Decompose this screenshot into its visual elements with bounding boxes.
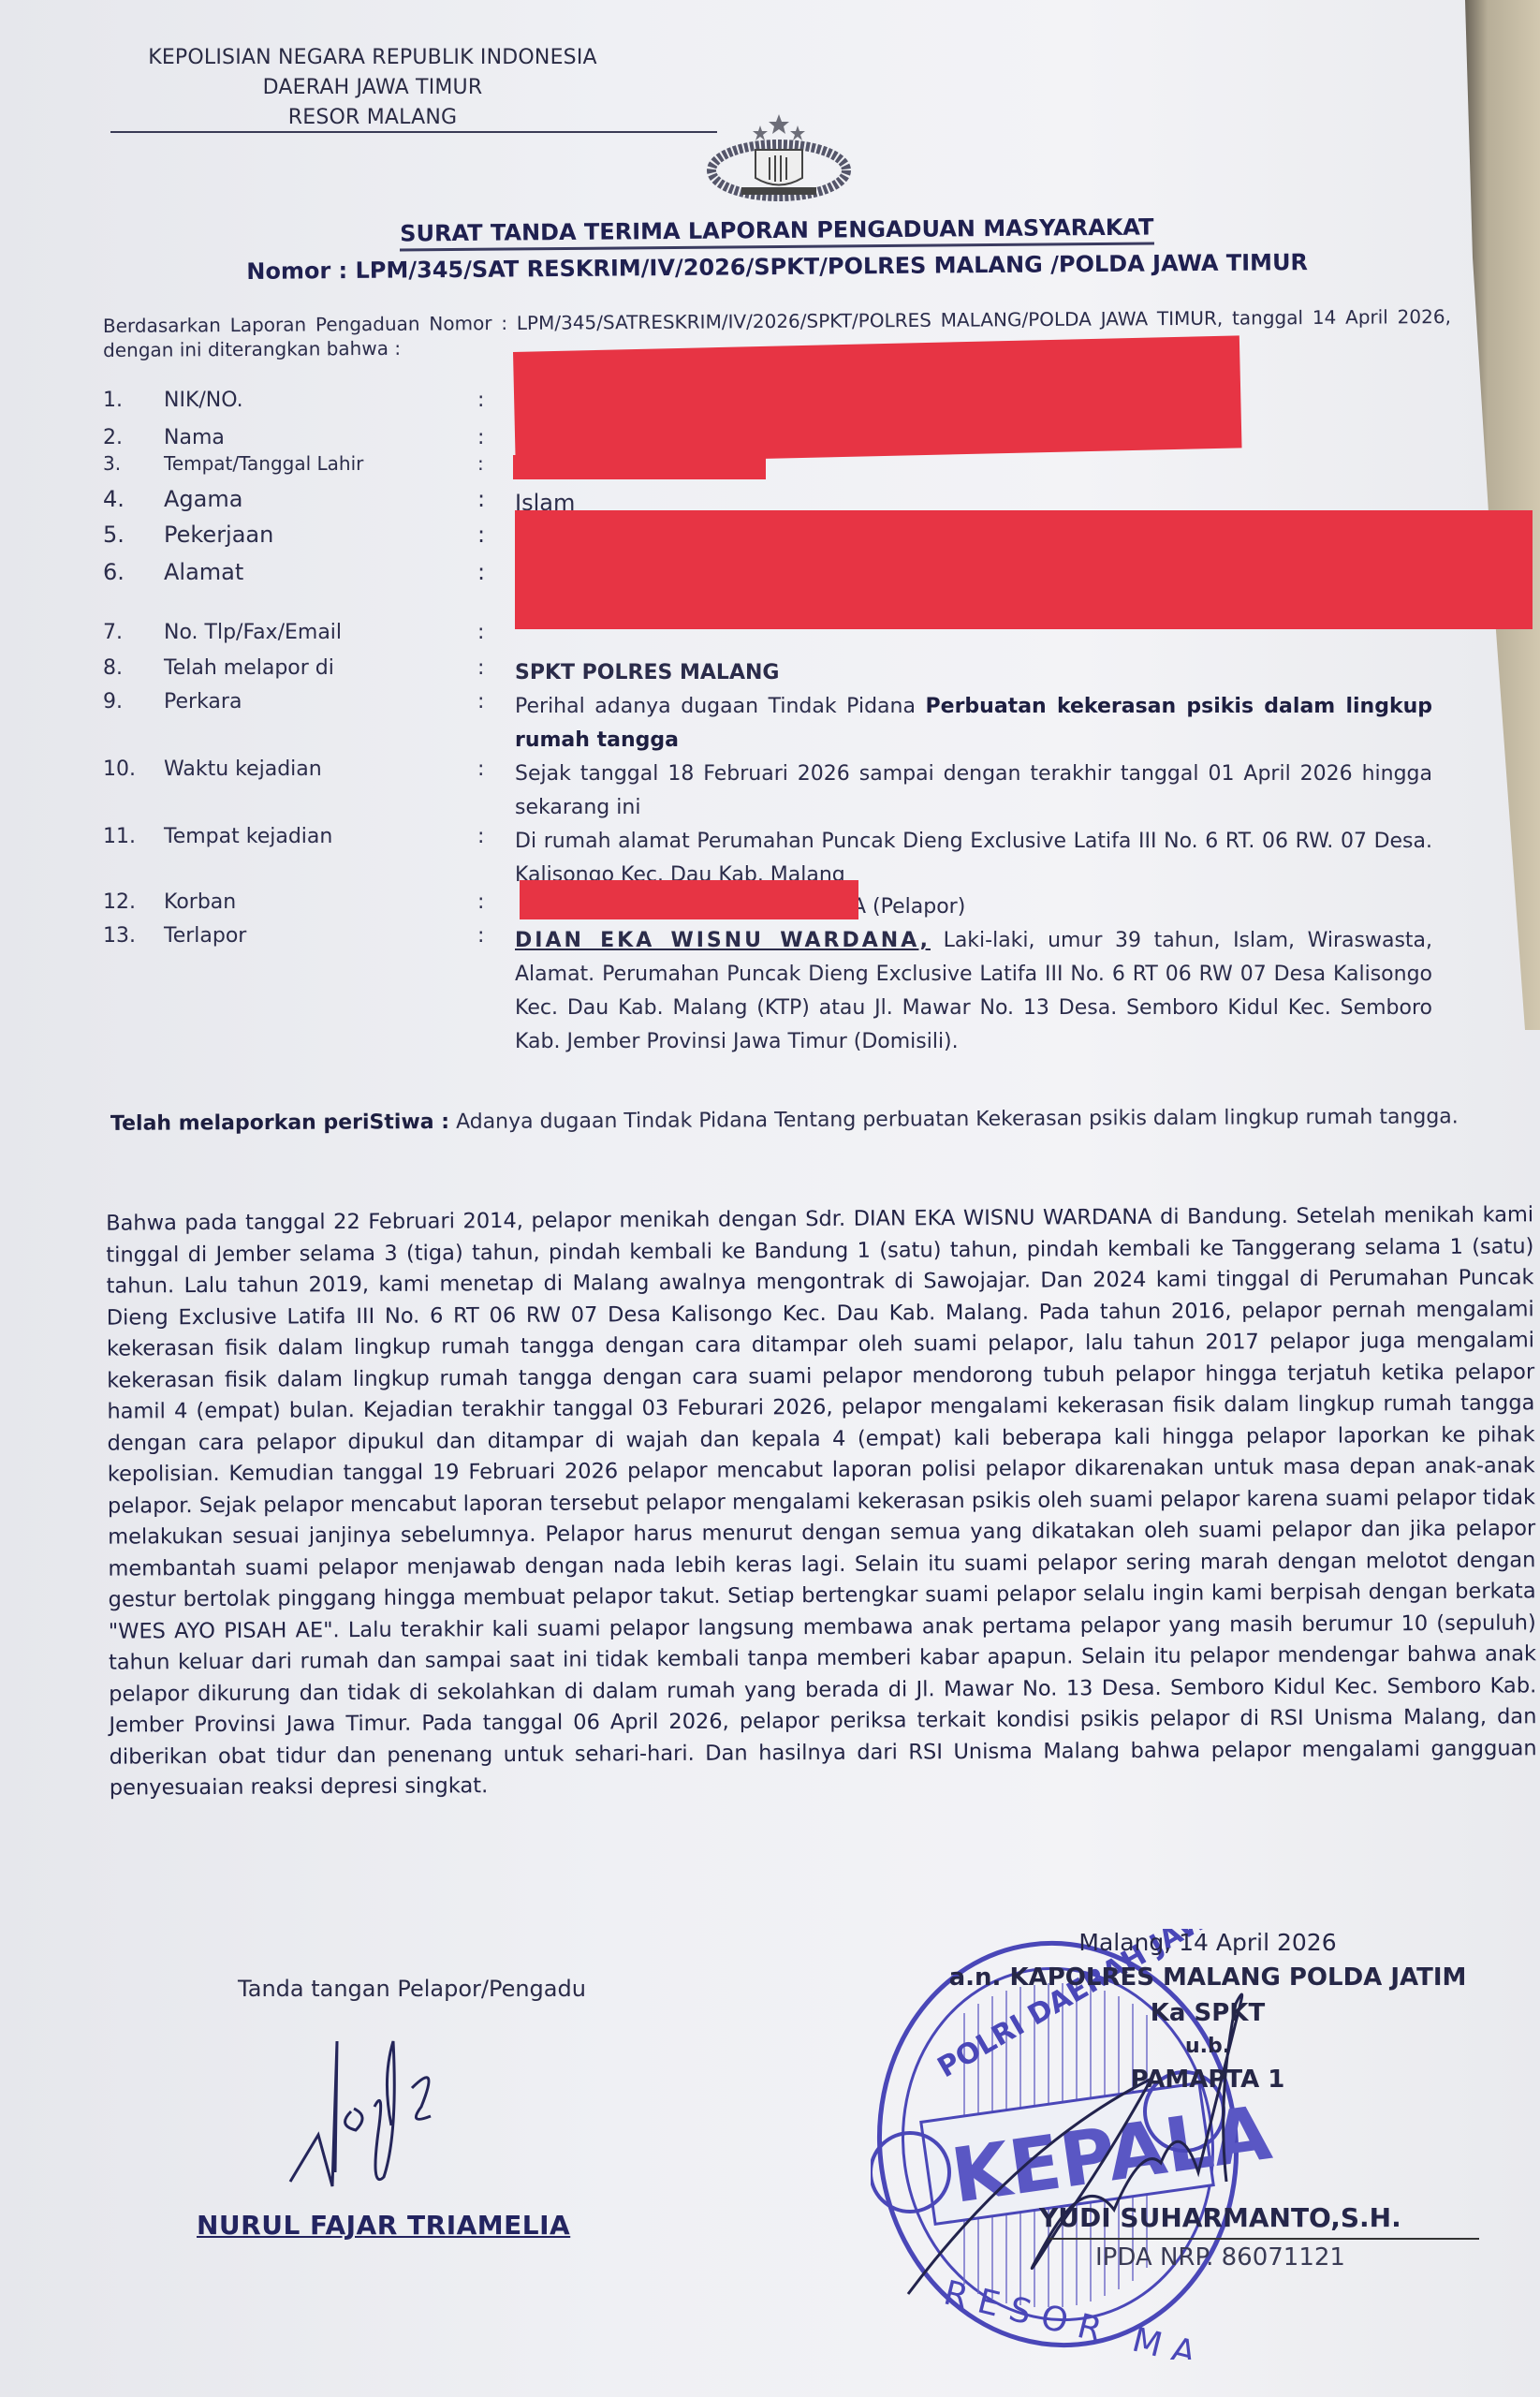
field-row: 13. Terlapor : DIAN EKA WISNU WARDANA, L… <box>103 924 1451 1059</box>
reported-event-label: Telah melaporkan periStiwa : <box>110 1110 449 1136</box>
reporter-signature-block: Tanda tangan Pelapor/Pengadu NURUL FAJAR… <box>169 1976 655 2002</box>
redaction-box <box>515 510 1533 629</box>
letterhead-line-1: KEPOLISIAN NEGARA REPUBLIK INDONESIA <box>110 43 635 73</box>
field-colon: : <box>477 621 515 644</box>
field-colon: : <box>477 757 515 825</box>
field-number: 10. <box>103 757 164 825</box>
field-colon: : <box>477 559 515 585</box>
officer-title-1: a.n. KAPOLRES MALANG POLDA JATIM <box>927 1963 1489 1992</box>
field-colon: : <box>477 522 515 548</box>
field-number: 5. <box>103 522 164 548</box>
officer-title-4: PAMAPTA 1 <box>927 2066 1489 2094</box>
redaction-box <box>513 335 1242 464</box>
field-number: 7. <box>103 621 164 644</box>
field-number: 3. <box>103 452 164 475</box>
field-row: 8. Telah melapor di : SPKT POLRES MALANG <box>103 656 1451 690</box>
case-text: Perihal adanya dugaan Tindak Pidana <box>515 695 926 718</box>
letterhead-line-2: DAERAH JAWA TIMUR <box>110 73 635 103</box>
field-label: No. Tlp/Fax/Email <box>164 621 477 644</box>
narrative-paragraph: Bahwa pada tanggal 22 Februari 2014, pel… <box>106 1199 1537 1804</box>
officer-name: YUDI SUHARMANTO,S.H. <box>1039 2202 1401 2233</box>
field-colon: : <box>477 486 515 520</box>
reported-event: Telah melaporkan periStiwa : Adanya duga… <box>110 1101 1491 1140</box>
field-number: 8. <box>103 656 164 690</box>
letterhead-line-3: RESOR MALANG <box>110 103 635 133</box>
field-number: 1. <box>103 389 164 412</box>
field-value-incident-time: Sejak tanggal 18 Februari 2026 sampai de… <box>515 757 1432 825</box>
field-colon: : <box>477 389 515 412</box>
field-label: Perkara <box>164 690 477 757</box>
field-colon: : <box>477 656 515 690</box>
field-label: Telah melapor di <box>164 656 477 690</box>
document-page: KEPOLISIAN NEGARA REPUBLIK INDONESIA DAE… <box>0 0 1540 2397</box>
document-title-block: SURAT TANDA TERIMA LAPORAN PENGADUAN MAS… <box>150 212 1405 286</box>
document-title: SURAT TANDA TERIMA LAPORAN PENGADUAN MAS… <box>400 213 1153 251</box>
reported-event-text: Adanya dugaan Tindak Pidana Tentang perb… <box>449 1105 1459 1134</box>
field-number: 2. <box>103 426 164 449</box>
field-number: 9. <box>103 690 164 757</box>
officer-title-block: Malang, 14 April 2026 a.n. KAPOLRES MALA… <box>927 1929 1489 2094</box>
field-number: 12. <box>103 890 164 924</box>
field-number: 11. <box>103 825 164 892</box>
field-label: Waktu kejadian <box>164 757 477 825</box>
field-label: Nama <box>164 426 477 449</box>
redaction-box <box>513 455 766 479</box>
field-number: 6. <box>103 559 164 585</box>
reporter-name: NURUL FAJAR TRIAMELIA <box>197 2210 570 2241</box>
field-label: Korban <box>164 890 477 924</box>
field-label: Terlapor <box>164 924 477 1059</box>
letterhead: KEPOLISIAN NEGARA REPUBLIK INDONESIA DAE… <box>110 43 635 133</box>
officer-title-2: Ka SPKT <box>927 1999 1489 2027</box>
field-value-report-location: SPKT POLRES MALANG <box>515 656 1432 690</box>
reported-party-name: DIAN EKA WISNU WARDANA, <box>515 929 931 952</box>
field-label: Alamat <box>164 559 477 585</box>
field-colon: : <box>477 452 515 475</box>
field-colon: : <box>477 690 515 757</box>
field-label: NIK/NO. <box>164 389 477 412</box>
redaction-box <box>520 880 858 919</box>
field-number: 13. <box>103 924 164 1059</box>
field-value-reported-party: DIAN EKA WISNU WARDANA, Laki-laki, umur … <box>515 924 1432 1059</box>
officer-name-underline <box>1049 2238 1479 2240</box>
officer-rank-nrp: IPDA NRP. 86071121 <box>1095 2243 1345 2272</box>
place-date: Malang, 14 April 2026 <box>927 1929 1489 1956</box>
field-label: Tempat/Tanggal Lahir <box>164 452 477 475</box>
field-row: 9. Perkara : Perihal adanya dugaan Tinda… <box>103 690 1451 757</box>
field-colon: : <box>477 924 515 1059</box>
field-colon: : <box>477 825 515 892</box>
field-row: 10. Waktu kejadian : Sejak tanggal 18 Fe… <box>103 757 1451 825</box>
reporter-signature-icon <box>281 2022 468 2200</box>
field-label: Pekerjaan <box>164 522 477 548</box>
letterhead-divider <box>110 131 717 133</box>
document-number: Nomor : LPM/345/SAT RESKRIM/IV/2026/SPKT… <box>150 248 1404 286</box>
field-number: 4. <box>103 486 164 520</box>
officer-title-3: u.b. <box>927 2035 1489 2058</box>
field-value-case: Perihal adanya dugaan Tindak Pidana Perb… <box>515 690 1432 757</box>
field-label: Agama <box>164 486 477 520</box>
field-colon: : <box>477 890 515 924</box>
field-label: Tempat kejadian <box>164 825 477 892</box>
police-emblem-icon <box>704 112 854 206</box>
field-colon: : <box>477 426 515 449</box>
signature-caption: Tanda tangan Pelapor/Pengadu <box>169 1976 655 2002</box>
